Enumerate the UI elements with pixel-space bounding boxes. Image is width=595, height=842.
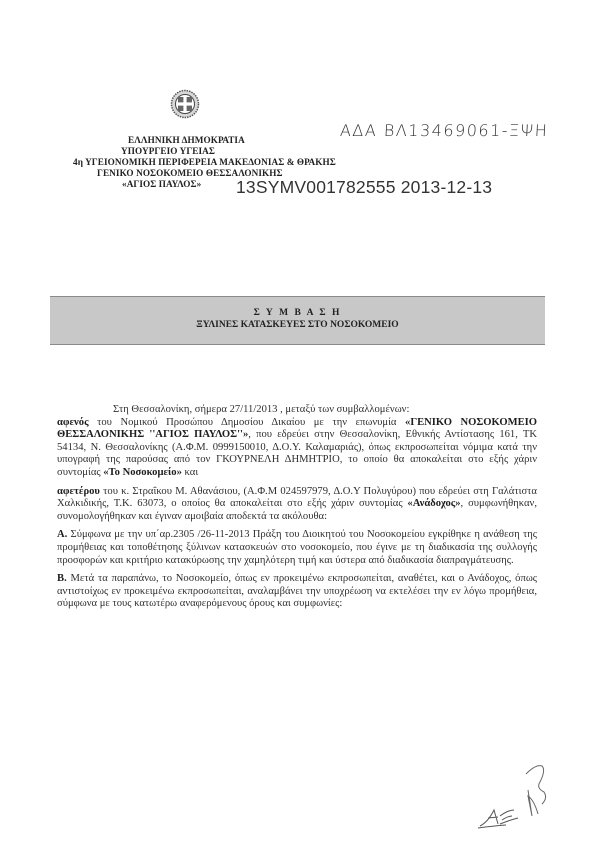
party-2-paragraph: αφετέρου του κ. Στραΐκου Μ. Αθανάσιου, (… [57, 486, 537, 524]
party-1-alias: «Το Νοσοκομείο» [103, 467, 182, 478]
clause-a: Α. Σύμφωνα με την υπ΄αρ.2305 /26-11-2013… [57, 529, 537, 567]
party-1-lead: αφενός [57, 417, 89, 428]
document-subtitle: ΞΥΛΙΝΕΣ ΚΑΤΑΣΚΕΥΕΣ ΣΤΟ ΝΟΣΟΚΟΜΕΙΟ [50, 320, 545, 330]
party-1-paragraph: αφενός του Νομικού Προσώπου Δημοσίου Δικ… [57, 417, 537, 480]
header-hospital-name: «ΑΓΙΟΣ ΠΑΥΛΟΣ» [122, 179, 201, 189]
party-2-lead: αφετέρου [57, 486, 100, 497]
header-region: 4η ΥΓΕΙΟΝΟΜΙΚΗ ΠΕΡΙΦΕΡΕΙΑ ΜΑΚΕΔΟΝΙΑΣ & Θ… [73, 157, 336, 167]
handwritten-signature-icon [518, 760, 558, 820]
clause-a-label: Α. [57, 529, 67, 540]
intro-line: Στη Θεσσαλονίκη, σήμερα 27/11/2013 , μετ… [57, 404, 537, 417]
registry-stamp: 13SYMV001782555 2013-12-13 [236, 177, 492, 198]
clause-a-text: Σύμφωνα με την υπ΄αρ.2305 /26-11-2013 Πρ… [57, 529, 537, 565]
ada-handwritten-code: ΑΔΑ ΒΛ13469061-ΞΨΗ [340, 121, 549, 140]
contract-body: Στη Θεσσαλονίκη, σήμερα 27/11/2013 , μετ… [57, 404, 537, 611]
party-1-text: του Νομικού Προσώπου Δημοσίου Δικαίου με… [89, 417, 405, 428]
clause-b-label: Β. [57, 573, 67, 584]
party-2-alias: «Ανάδοχος» [407, 498, 460, 509]
header-ministry: ΥΠΟΥΡΓΕΙΟ ΥΓΕΙΑΣ [121, 146, 215, 156]
greek-coat-of-arms-icon [170, 89, 200, 119]
clause-b-text: Μετά τα παραπάνω, το Νοσοκομείο, όπως εν… [57, 573, 537, 609]
clause-b: Β. Μετά τα παραπάνω, το Νοσοκομείο, όπως… [57, 573, 537, 611]
document-title: Σ Υ Μ Β Α Σ Η [50, 308, 545, 318]
header-country: ΕΛΛΗΝΙΚΗ ΔΗΜΟΚΡΑΤΙΑ [128, 135, 245, 145]
party-1-conj: και [182, 467, 198, 478]
title-band: Σ Υ Μ Β Α Σ Η ΞΥΛΙΝΕΣ ΚΑΤΑΣΚΕΥΕΣ ΣΤΟ ΝΟΣ… [50, 296, 545, 345]
